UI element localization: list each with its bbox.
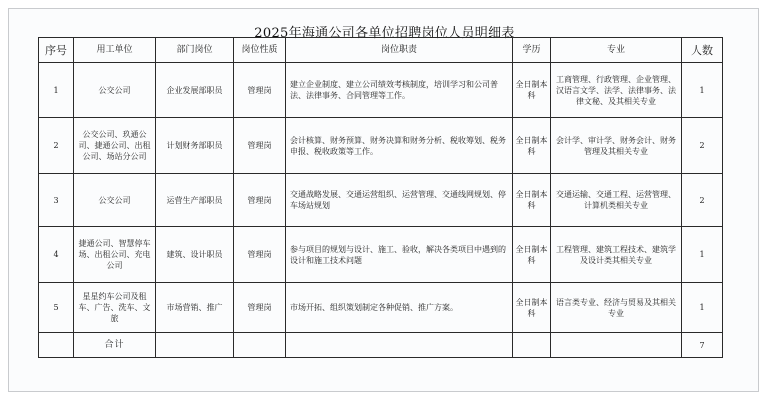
cell-dept: 市场营销、推广 bbox=[156, 283, 234, 333]
recruitment-table: 序号 用工单位 部门岗位 岗位性质 岗位职责 学历 专业 人数 1 公交公司 企… bbox=[38, 37, 723, 358]
table-row: 4 捷通公司、智慧停车场、出租公司、充电公司 建筑、设计职员 管理岗 参与项目的… bbox=[39, 227, 723, 283]
cell-no: 4 bbox=[39, 227, 74, 283]
header-no: 序号 bbox=[39, 38, 74, 63]
cell-education: 全日制本科 bbox=[513, 227, 551, 283]
cell-no: 5 bbox=[39, 283, 74, 333]
cell-education: 全日制本科 bbox=[513, 63, 551, 118]
header-count: 人数 bbox=[682, 38, 723, 63]
cell-unit: 捷通公司、智慧停车场、出租公司、充电公司 bbox=[74, 227, 156, 283]
cell-nature: 管理岗 bbox=[234, 227, 286, 283]
cell-no: 3 bbox=[39, 174, 74, 227]
total-count: 7 bbox=[682, 333, 723, 358]
header-unit: 用工单位 bbox=[74, 38, 156, 63]
cell-unit: 星星约车公司及租车、广告、洗车、文旅 bbox=[74, 283, 156, 333]
cell-dept: 计划财务部职员 bbox=[156, 118, 234, 174]
cell-dept: 建筑、设计职员 bbox=[156, 227, 234, 283]
cell-unit: 公交公司、玖通公司、捷通公司、出租公司、场站分公司 bbox=[74, 118, 156, 174]
header-major: 专业 bbox=[551, 38, 682, 63]
table-row: 3 公交公司 运营生产部职员 管理岗 交通战略发展、交通运营组织、运营管理、交通… bbox=[39, 174, 723, 227]
cell-empty bbox=[156, 333, 234, 358]
cell-nature: 管理岗 bbox=[234, 174, 286, 227]
cell-total-no bbox=[39, 333, 74, 358]
cell-empty bbox=[234, 333, 286, 358]
cell-unit: 公交公司 bbox=[74, 174, 156, 227]
table-row: 1 公交公司 企业发展部职员 管理岗 建立企业制度、建立公司绩效考核制度，培训学… bbox=[39, 63, 723, 118]
cell-empty bbox=[513, 333, 551, 358]
cell-unit: 公交公司 bbox=[74, 63, 156, 118]
table-row: 5 星星约车公司及租车、广告、洗车、文旅 市场营销、推广 管理岗 市场开拓、组织… bbox=[39, 283, 723, 333]
cell-major: 工程管理、建筑工程技术、建筑学及设计类其相关专业 bbox=[551, 227, 682, 283]
cell-major: 交通运输、交通工程、运营管理、计算机类相关专业 bbox=[551, 174, 682, 227]
header-duty: 岗位职责 bbox=[286, 38, 513, 63]
cell-nature: 管理岗 bbox=[234, 283, 286, 333]
cell-education: 全日制本科 bbox=[513, 118, 551, 174]
cell-education: 全日制本科 bbox=[513, 174, 551, 227]
cell-count: 1 bbox=[682, 283, 723, 333]
cell-empty bbox=[551, 333, 682, 358]
cell-duty: 交通战略发展、交通运营组织、运营管理、交通线网规划、停车场站规划 bbox=[286, 174, 513, 227]
cell-nature: 管理岗 bbox=[234, 63, 286, 118]
total-row: 合计 7 bbox=[39, 333, 723, 358]
table-row: 2 公交公司、玖通公司、捷通公司、出租公司、场站分公司 计划财务部职员 管理岗 … bbox=[39, 118, 723, 174]
cell-duty: 市场开拓、组织策划制定各种促销、推广方案。 bbox=[286, 283, 513, 333]
cell-duty: 建立企业制度、建立公司绩效考核制度，培训学习和公司普法、法律事务、合同管理等工作… bbox=[286, 63, 513, 118]
total-label: 合计 bbox=[74, 333, 156, 358]
cell-major: 工商管理、行政管理、企业管理、汉语言文学、法学、法律事务、法律文秘、及其相关专业 bbox=[551, 63, 682, 118]
header-nature: 岗位性质 bbox=[234, 38, 286, 63]
cell-count: 2 bbox=[682, 174, 723, 227]
cell-education: 全日制本科 bbox=[513, 283, 551, 333]
cell-dept: 企业发展部职员 bbox=[156, 63, 234, 118]
cell-duty: 会计核算、财务预算、财务决算和财务分析、税收筹划、税务申报、税收政策等工作。 bbox=[286, 118, 513, 174]
table-header-row: 序号 用工单位 部门岗位 岗位性质 岗位职责 学历 专业 人数 bbox=[39, 38, 723, 63]
cell-no: 2 bbox=[39, 118, 74, 174]
cell-dept: 运营生产部职员 bbox=[156, 174, 234, 227]
cell-count: 2 bbox=[682, 118, 723, 174]
cell-count: 1 bbox=[682, 63, 723, 118]
cell-count: 1 bbox=[682, 227, 723, 283]
cell-major: 语言类专业、经济与贸易及其相关专业 bbox=[551, 283, 682, 333]
cell-duty: 参与项目的规划与设计、施工、验收，解决各类项目中遇到的设计和施工技术问题 bbox=[286, 227, 513, 283]
cell-empty bbox=[286, 333, 513, 358]
cell-no: 1 bbox=[39, 63, 74, 118]
header-dept: 部门岗位 bbox=[156, 38, 234, 63]
header-education: 学历 bbox=[513, 38, 551, 63]
cell-nature: 管理岗 bbox=[234, 118, 286, 174]
cell-major: 会计学、审计学、财务会计、财务管理及其相关专业 bbox=[551, 118, 682, 174]
